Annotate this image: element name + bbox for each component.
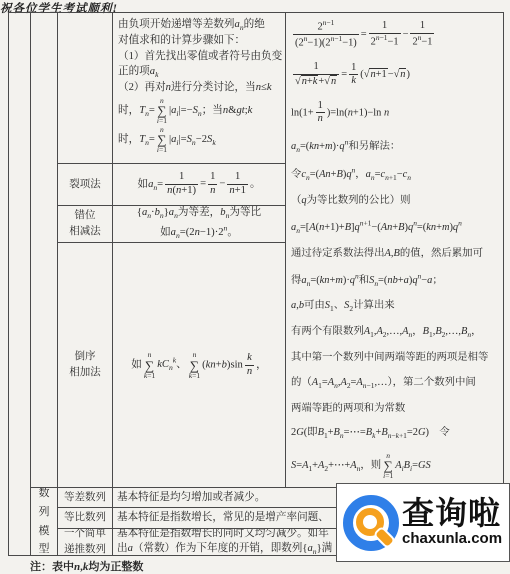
logo-domain: chaxunla.com bbox=[402, 531, 502, 548]
method-content-shifted-subtraction: {an·bn}an为等差，bn为等比如an=(2n−1)·2n。 bbox=[113, 206, 286, 243]
method-content-splitting-terms: 如an=1n(n+1)=1n−1n+1。 bbox=[113, 164, 286, 206]
table-empty-left-column bbox=[9, 13, 31, 555]
model-label-geometric: 等比数列 bbox=[58, 508, 113, 529]
side-notes-formulas-cell: 2n−1(2n−1)(2n−1−1)=12n−1−1−12n−11√n+k+√n… bbox=[286, 13, 503, 488]
method-label-shifted-subtraction: 错位 相减法 bbox=[58, 206, 113, 243]
model-label-arithmetic: 等差数列 bbox=[58, 488, 113, 508]
method-label-reverse-addition: 倒序 相加法 bbox=[58, 243, 113, 488]
magnifier-logo-icon bbox=[343, 495, 399, 551]
footer-note: 注：表中n,k均为正整数 bbox=[30, 558, 143, 574]
group-column-empty bbox=[31, 13, 58, 488]
logo-title: 查询啦 bbox=[402, 497, 502, 531]
chaxunla-watermark: 查询啦 chaxunla.com bbox=[336, 483, 510, 562]
method-label-splitting-terms: 裂项法 bbox=[58, 164, 113, 206]
logo-text-block: 查询啦 chaxunla.com bbox=[402, 497, 502, 547]
method-content-absolute-value-sum: 由负项开始递增等差数列an的绝对值求和的计算步骤如下：（1）首先找出零值或者符号… bbox=[113, 13, 286, 164]
group-label-sequence-models: 数列模型 bbox=[31, 488, 58, 555]
group-label-text: 数列模型 bbox=[38, 488, 51, 555]
sequence-summary-table: 数列模型 裂项法 错位 相减法 倒序 相加法 等差数列 等比数列 一个简单 递推… bbox=[8, 12, 504, 556]
method-label-empty bbox=[58, 13, 113, 164]
model-label-simple-recursive: 一个简单 递推数列 bbox=[58, 529, 113, 555]
method-content-reverse-addition: 如n∑k=1kCnk、n∑k=1(kn+b)sinkn， bbox=[113, 243, 286, 488]
